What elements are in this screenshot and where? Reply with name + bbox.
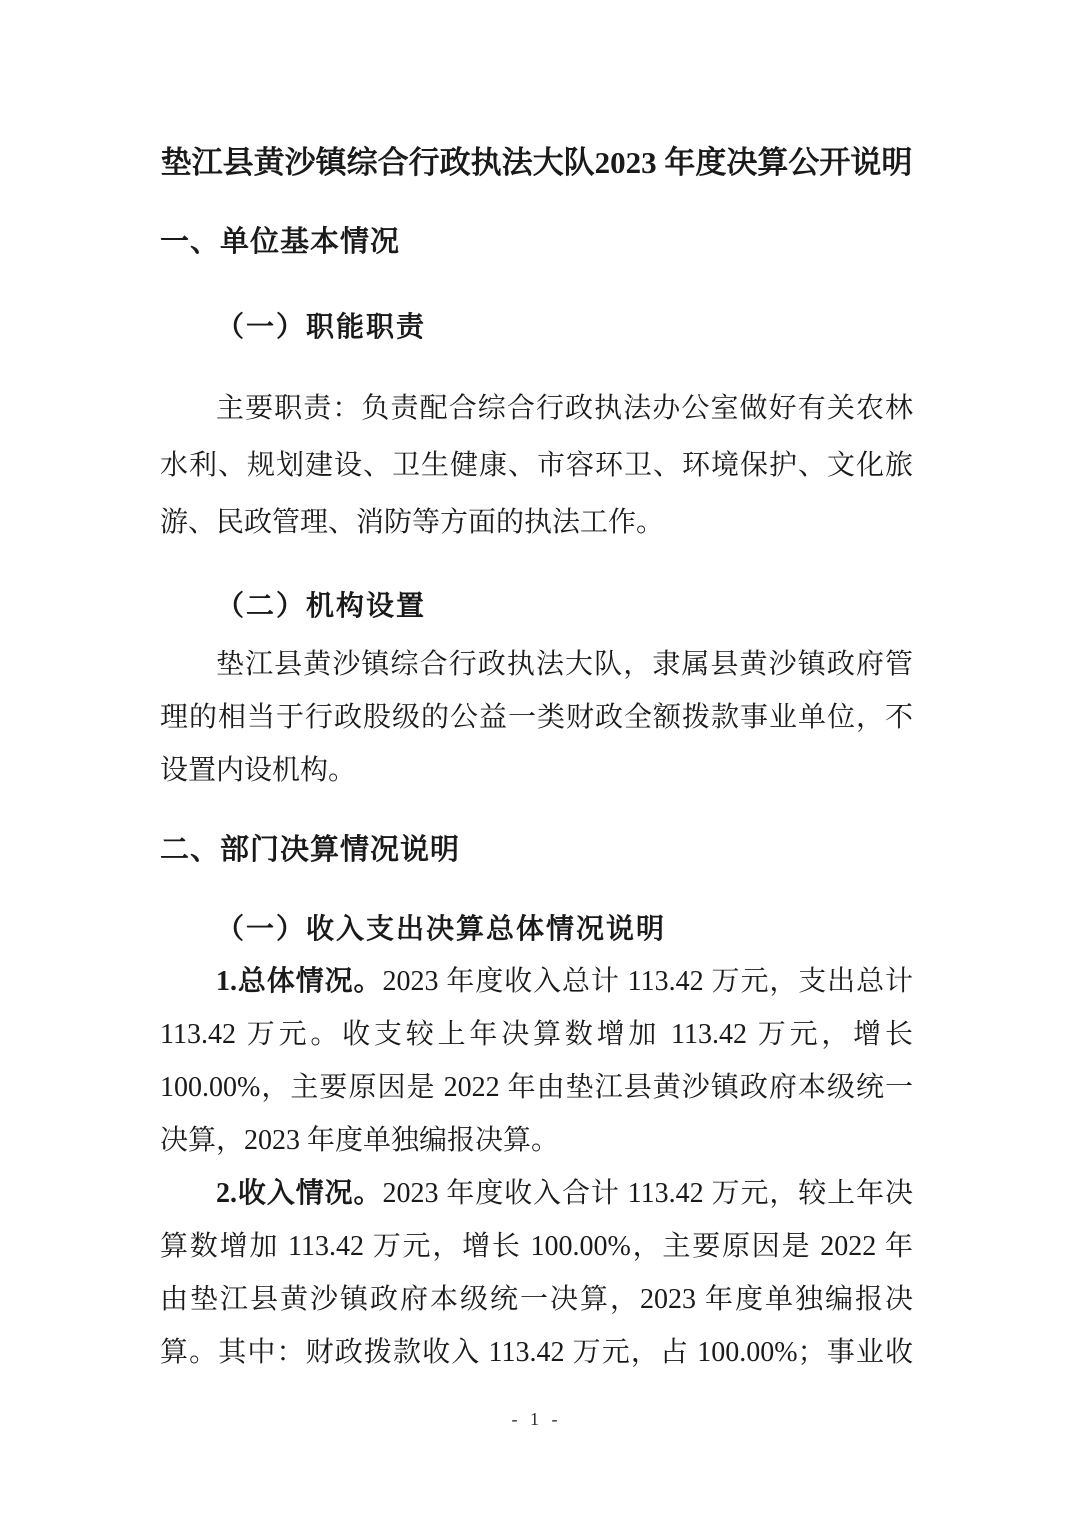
text-line: 算数增加 113.42 万元，增长 100.00%，主要原因是 2022 年 [160,1220,913,1273]
section-1-sub-2-heading: （二）机构设置 [160,589,913,625]
text-line: 113.42 万元。收支较上年决算数增加 113.42 万元，增长 [160,1008,913,1061]
page-number: - 1 - [512,1409,562,1429]
text-line: 主要职责：负责配合综合行政执法办公室做好有关农林 [160,380,913,437]
text-line: 1.总体情况。2023 年度收入总计 113.42 万元，支出总计 [160,955,913,1008]
section-1-heading: 一、单位基本情况 [160,224,913,260]
text-line: 游、民政管理、消防等方面的执法工作。 [160,494,913,551]
section-2-heading: 二、部门决算情况说明 [160,832,913,868]
item-2-lead: 2.收入情况。 [216,1178,382,1209]
item-1-lead: 1.总体情况。 [216,966,382,997]
text-line: 垫江县黄沙镇综合行政执法大队，隶属县黄沙镇政府管 [160,638,913,691]
text-line: 算。其中：财政拨款收入 113.42 万元，占 100.00%；事业收 [160,1326,913,1379]
text-run: 2023 年度收入合计 113.42 万元，较上年决 [382,1178,913,1209]
text-run: 2023 年度收入总计 113.42 万元，支出总计 [382,966,913,997]
paragraph-overall-situation: 1.总体情况。2023 年度收入总计 113.42 万元，支出总计 113.42… [160,955,913,1167]
text-line: 设置内设机构。 [160,744,913,797]
paragraph-income-situation: 2.收入情况。2023 年度收入合计 113.42 万元，较上年决 算数增加 1… [160,1167,913,1379]
text-line: 100.00%，主要原因是 2022 年由垫江县黄沙镇政府本级统一 [160,1061,913,1114]
document-page: 垫江县黄沙镇综合行政执法大队2023 年度决算公开说明 一、单位基本情况 （一）… [0,0,1075,1520]
section-2-sub-1-heading: （一）收入支出决算总体情况说明 [160,912,913,948]
paragraph-duties: 主要职责：负责配合综合行政执法办公室做好有关农林 水利、规划建设、卫生健康、市容… [160,380,913,551]
document-title: 垫江县黄沙镇综合行政执法大队2023 年度决算公开说明 [160,140,913,186]
page-footer: - 1 - [160,1407,913,1431]
section-1-sub-1-heading: （一）职能职责 [160,310,913,346]
paragraph-organization: 垫江县黄沙镇综合行政执法大队，隶属县黄沙镇政府管 理的相当于行政股级的公益一类财… [160,638,913,797]
text-line: 水利、规划建设、卫生健康、市容环卫、环境保护、文化旅 [160,437,913,494]
text-line: 由垫江县黄沙镇政府本级统一决算，2023 年度单独编报决 [160,1273,913,1326]
text-line: 理的相当于行政股级的公益一类财政全额拨款事业单位，不 [160,691,913,744]
text-line: 2.收入情况。2023 年度收入合计 113.42 万元，较上年决 [160,1167,913,1220]
text-line: 决算，2023 年度单独编报决算。 [160,1114,913,1167]
